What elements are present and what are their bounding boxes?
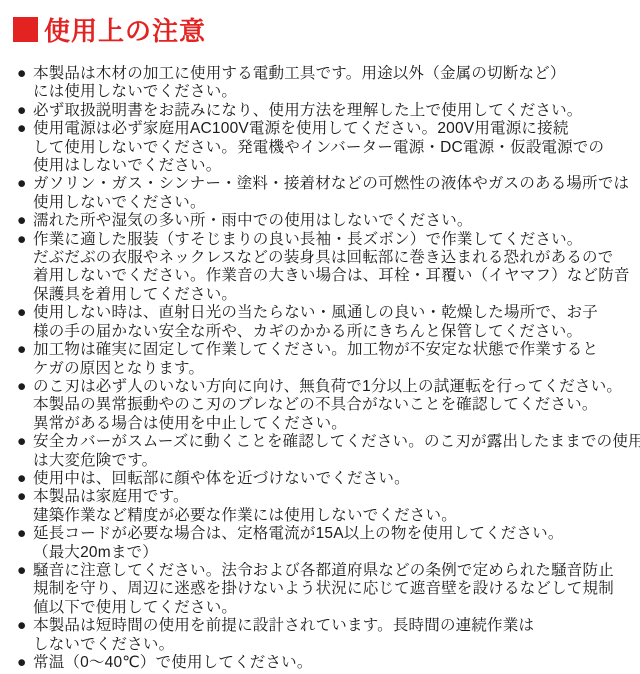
notice-line: （最大20mまで） [33,544,634,562]
page-title: 使用上の注意 [13,14,634,44]
bullet-icon: ● [17,488,26,506]
notice-line: だぶだぶの衣服やネックレスなどの装身具は回転部に巻き込まれる恐れがあるので [33,249,634,267]
bullet-icon: ● [17,212,26,230]
notice-item: ● 加工物は確実に固定して作業してください。加工物が不安定な状態で作業すると ケ… [19,341,634,378]
notice-item: ● 常温（0～40℃）で使用してください。 [19,654,634,672]
notice-item: ● 濡れた所や湿気の多い所・雨中での使用はしないでください。 [19,212,634,230]
bullet-icon: ● [17,304,26,322]
bullet-icon: ● [17,341,26,359]
notice-line: 様の手の届かない安全な所や、カギのかかる所にきちんと保管してください。 [33,323,634,341]
notice-item: ● 使用中は、回転部に顔や体を近づけないでください。 [19,470,634,488]
notice-line: 使用中は、回転部に顔や体を近づけないでください。 [33,470,634,488]
notice-item: ● 作業に適した服装（すそじまりの良い長袖・長ズボン）で作業してください。 だぶ… [19,231,634,305]
notice-line: しないでください。 [33,636,634,654]
bullet-icon: ● [17,231,26,249]
notice-line: には使用しないでください。 [33,83,634,101]
bullet-icon: ● [17,525,26,543]
notice-line: 本製品は家庭用です。 [33,488,634,506]
bullet-icon: ● [17,102,26,120]
notice-line: 本製品の異常振動やのこ刃のブレなどの不具合がないことを確認してください。 [33,396,634,414]
notice-item: ● 延長コードが必要な場合は、定格電流が15A以上の物を使用してください。 （最… [19,525,634,562]
notice-line: 常温（0～40℃）で使用してください。 [33,654,634,672]
notice-line: ケガの原因となります。 [33,360,634,378]
notice-line: 騒音に注意してください。法令および各都道府県などの条例で定められた騒音防止 [33,562,634,580]
notice-line: 必ず取扱説明書をお読みになり、使用方法を理解した上で使用してください。 [33,102,634,120]
notice-line: 濡れた所や湿気の多い所・雨中での使用はしないでください。 [33,212,634,230]
bullet-icon: ● [17,175,26,193]
notice-line: 着用しないでください。作業音の大きい場合は、耳栓・耳覆い（イヤマフ）など防音 [33,267,634,285]
notice-line: 作業に適した服装（すそじまりの良い長袖・長ズボン）で作業してください。 [33,231,634,249]
notice-line: 建築作業など精度が必要な作業には使用しないでください。 [33,507,634,525]
notice-item: ● のこ刃は必ず人のいない方向に向け、無負荷で1分以上の試運転を行ってください。… [19,378,634,433]
bullet-icon: ● [17,617,26,635]
bullet-icon: ● [17,65,26,83]
notice-line: 延長コードが必要な場合は、定格電流が15A以上の物を使用してください。 [33,525,634,543]
bullet-icon: ● [17,562,26,580]
notice-line: 本製品は短時間の使用を前提に設計されています。長時間の連続作業は [33,617,634,635]
red-square-icon [13,17,38,42]
notice-item: ● 必ず取扱説明書をお読みになり、使用方法を理解した上で使用してください。 [19,102,634,120]
notice-item: ● 使用電源は必ず家庭用AC100V電源を使用してください。200V用電源に接続… [19,120,634,175]
notice-line: 値以下で使用してください。 [33,599,634,617]
notice-item: ● 騒音に注意してください。法令および各都道府県などの条例で定められた騒音防止 … [19,562,634,617]
notice-line: 使用はしないでください。 [33,157,634,175]
notice-line: して使用しないでください。発電機やインバーター電源・DC電源・仮設電源での [33,139,634,157]
notice-line: ガソリン・ガス・シンナー・塗料・接着材などの可燃性の液体やガスのある場所では [33,175,634,193]
bullet-icon: ● [17,120,26,138]
notice-line: 本製品は木材の加工に使用する電動工具です。用途以外（金属の切断など） [33,65,634,83]
notice-item: ● 本製品は家庭用です。 建築作業など精度が必要な作業には使用しないでください。 [19,488,634,525]
notice-item: ● 使用しない時は、直射日光の当たらない・風通しの良い・乾燥した場所で、お子 様… [19,304,634,341]
notice-line: は大変危険です。 [33,452,634,470]
bullet-icon: ● [17,433,26,451]
notice-line: 使用しないでください。 [33,194,634,212]
notice-line: 加工物は確実に固定して作業してください。加工物が不安定な状態で作業すると [33,341,634,359]
notice-item: ● ガソリン・ガス・シンナー・塗料・接着材などの可燃性の液体やガスのある場所では… [19,175,634,212]
page-title-text: 使用上の注意 [44,11,206,48]
notice-line: のこ刃は必ず人のいない方向に向け、無負荷で1分以上の試運転を行ってください。 [33,378,634,396]
bullet-icon: ● [17,654,26,672]
notice-line: 異常がある場合は使用を中止してください。 [33,415,634,433]
notice-line: 保護具を着用してください。 [33,286,634,304]
notice-line: 使用電源は必ず家庭用AC100V電源を使用してください。200V用電源に接続 [33,120,634,138]
bullet-icon: ● [17,378,26,396]
notice-item: ● 本製品は木材の加工に使用する電動工具です。用途以外（金属の切断など） には使… [19,65,634,102]
notice-line: 規制を守り、周辺に迷惑を掛けないよう状況に応じて遮音壁を設けるなどして規制 [33,580,634,598]
notice-item: ● 本製品は短時間の使用を前提に設計されています。長時間の連続作業は しないでく… [19,617,634,654]
bullet-icon: ● [17,470,26,488]
notice-line: 使用しない時は、直射日光の当たらない・風通しの良い・乾燥した場所で、お子 [33,304,634,322]
notice-item: ● 安全カバーがスムーズに動くことを確認してください。のこ刃が露出したままでの使… [19,433,634,470]
notice-line: 安全カバーがスムーズに動くことを確認してください。のこ刃が露出したままでの使用 [33,433,634,451]
notice-list: ● 本製品は木材の加工に使用する電動工具です。用途以外（金属の切断など） には使… [13,65,634,672]
page: 使用上の注意 ● 本製品は木材の加工に使用する電動工具です。用途以外（金属の切断… [0,0,640,674]
